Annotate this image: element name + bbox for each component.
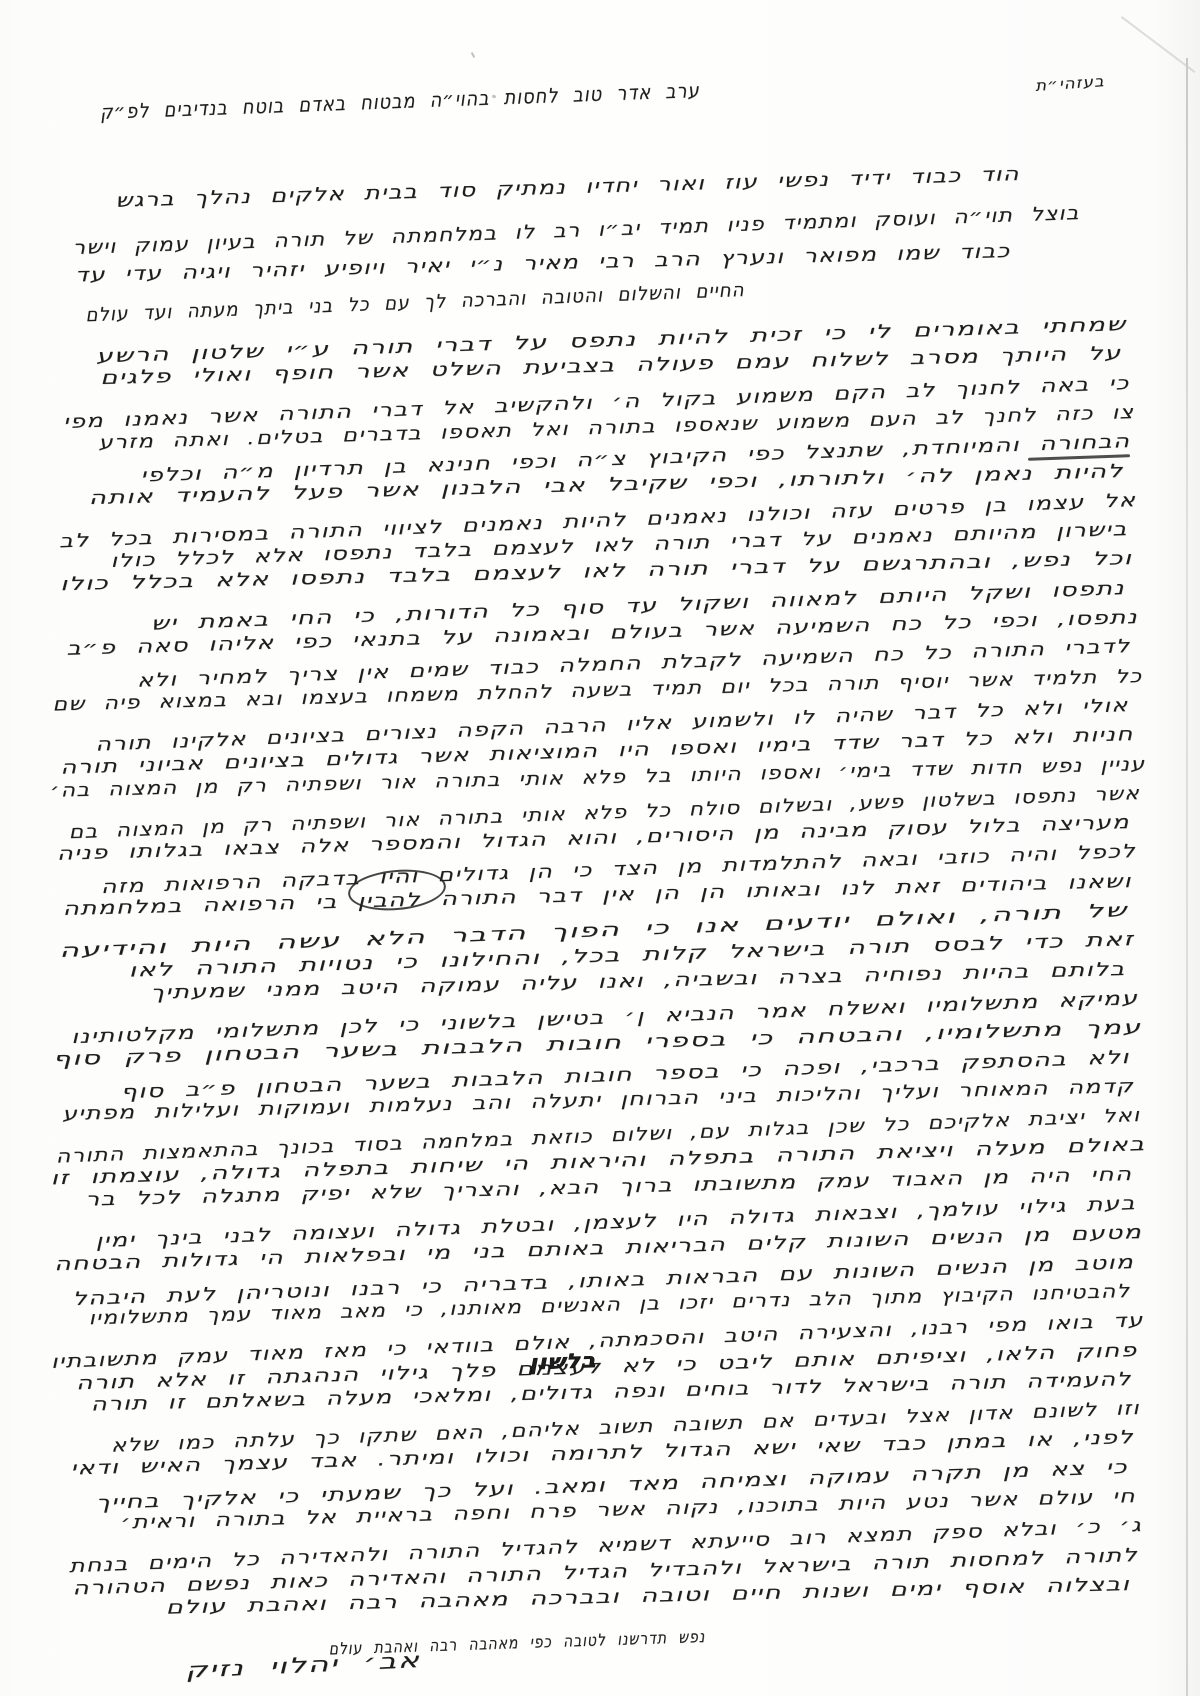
title-chronogram-line: ערב אדר טוב לחסות בהוי״ה מבטוח באדם בוטח… <box>100 78 700 124</box>
ink-underline-annotation <box>1028 454 1130 460</box>
signature-line: אב׳ יהלוי נזיק <box>184 1648 420 1683</box>
handwritten-line-1: הוד כבוד ידיד נפשי עוז ואור יחדיו נמתיק … <box>115 163 1020 212</box>
scan-corner-fold-line <box>1121 16 1196 73</box>
overwritten-word: בלשון <box>529 1348 597 1374</box>
manuscript-page: בעזהי״ת ערב אדר טוב לחסות בהוי״ה מבטוח ב… <box>0 0 1200 1696</box>
ink-speck <box>471 52 476 58</box>
header-bezrat-hashem: בעזהי״ת <box>1035 72 1106 95</box>
scan-page-edge-line <box>1186 58 1188 1696</box>
handwritten-line-4: החיים והשלום והטובה והברכה לך עם כל בני … <box>85 279 745 326</box>
